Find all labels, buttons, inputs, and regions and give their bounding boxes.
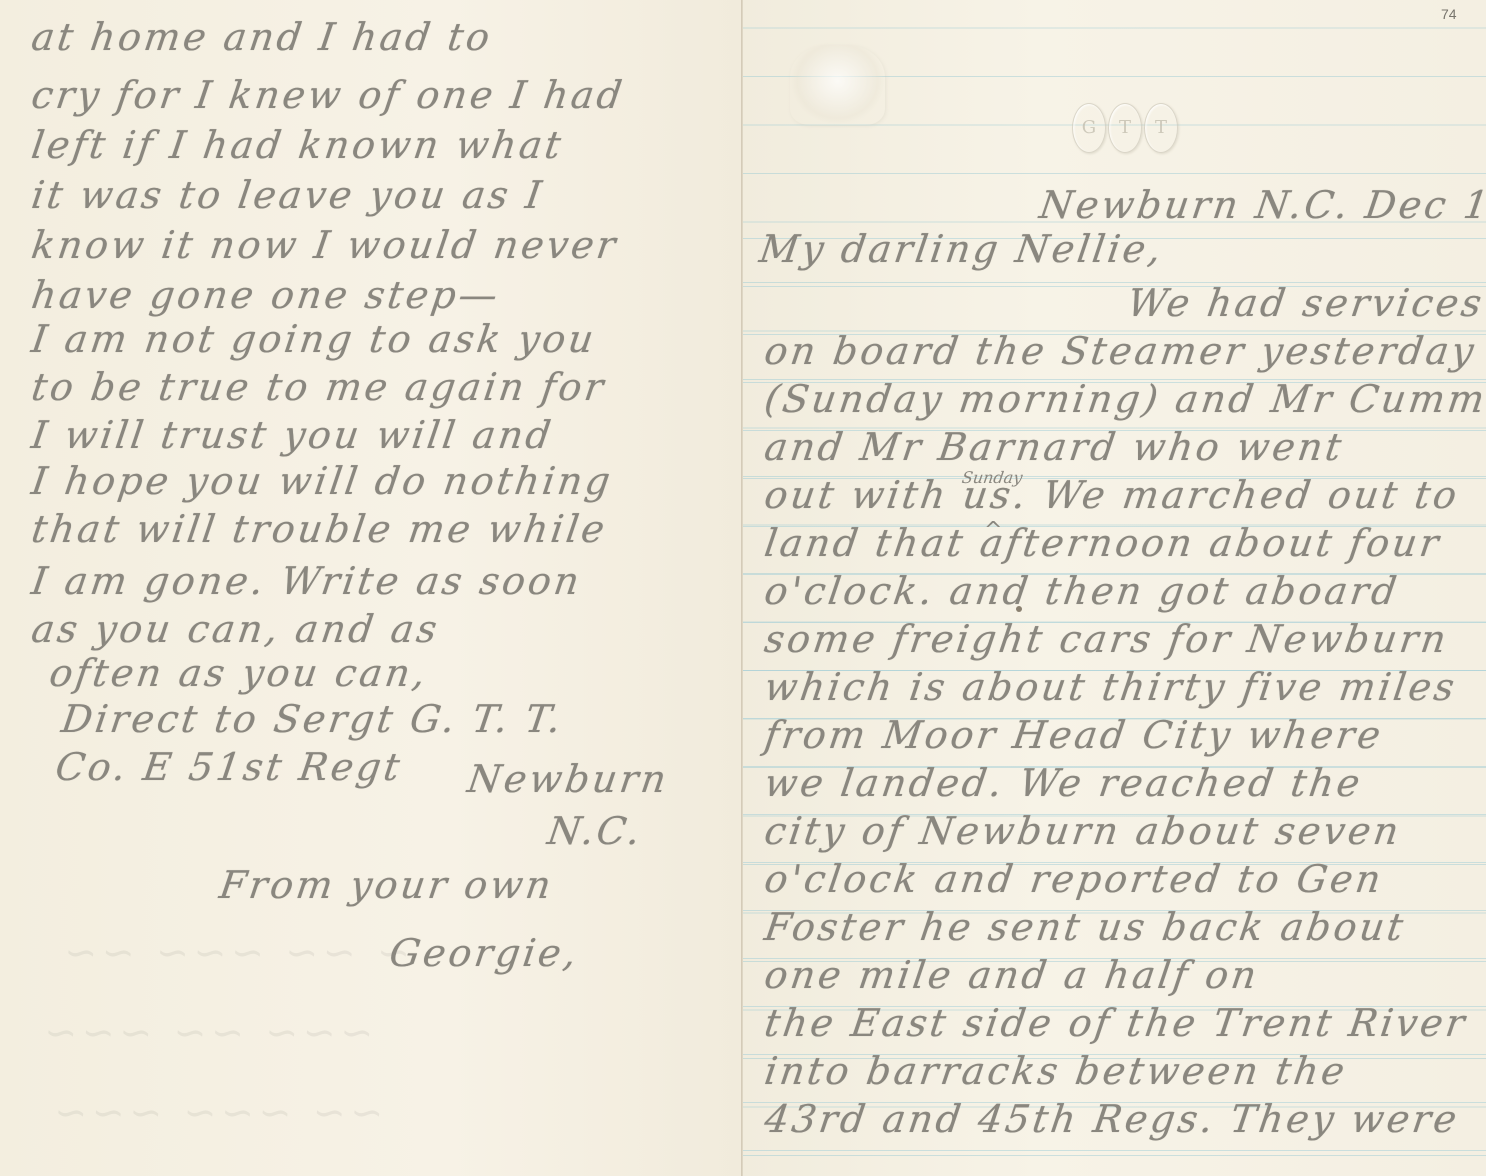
letter-spread: ~ ~~ ~~~ ~~ ~~~ ~~ ~~~ ~~ ~~~ ~~~ at hom… [0, 0, 1486, 1176]
letter-line: land that afternoon about four [762, 524, 1443, 562]
address-city: Newburn [465, 760, 671, 798]
signature: Georgie, [387, 934, 581, 972]
letter-line: 43rd and 45th Regs. They were [762, 1100, 1462, 1138]
address-line: Direct to Sergt G. T. T. [59, 700, 566, 738]
letter-line: I am not going to ask you [29, 320, 598, 358]
letter-line: out with us. We marched out to [762, 476, 1462, 514]
letter-line: we landed. We reached the [762, 764, 1365, 802]
letter-line: from Moor Head City where [762, 716, 1385, 754]
address-state: N.C. [545, 812, 645, 850]
bleed-through-text: ~ ~~ ~~~ ~~ [57, 930, 414, 976]
letter-line: Foster he sent us back about [762, 908, 1408, 946]
bleed-through-text: ~~ ~~~ ~~~ [47, 1090, 387, 1136]
letter-line: that will trouble me while [29, 510, 609, 548]
embossed-figure-icon [790, 45, 885, 125]
letter-line: left if I had known what [29, 126, 566, 164]
letter-line: city of Newburn about seven [762, 812, 1403, 850]
page-number: 74 [1441, 6, 1457, 22]
monogram-letter: G [1072, 103, 1106, 153]
letter-line: I will trust you will and [29, 416, 556, 454]
letter-line: which is about thirty five miles [762, 668, 1459, 706]
dateline: Newburn N.C. Dec 1st 1862 [1037, 186, 1486, 224]
letter-line: one mile and a half on [762, 956, 1261, 994]
left-page: ~ ~~ ~~~ ~~ ~~~ ~~ ~~~ ~~ ~~~ ~~~ at hom… [0, 0, 742, 1176]
letter-line: I hope you will do nothing [29, 462, 615, 500]
letter-line: o'clock and reported to Gen [762, 860, 1386, 898]
letter-line: know it now I would never [29, 226, 620, 264]
embossed-monogram-icon: G T T [1070, 85, 1180, 170]
letter-line: to be true to me again for [29, 368, 608, 406]
letter-line: We had services [1125, 284, 1486, 322]
letter-line: on board the Steamer yesterday [762, 332, 1479, 370]
monogram-letter: T [1144, 103, 1178, 153]
letter-line: at home and I had to [29, 18, 495, 56]
letter-line: as you can, and as [29, 610, 442, 648]
salutation: My darling Nellie, [757, 230, 1166, 268]
letter-line: cry for I knew of one I had [29, 76, 627, 114]
letter-line: into barracks between the [762, 1052, 1349, 1090]
bleed-through-text: ~~~ ~~ ~~~ [37, 1010, 377, 1056]
paper-spot [1016, 606, 1022, 612]
letter-line: have gone one step— [29, 276, 502, 314]
letter-line: o'clock. and then got aboard [762, 572, 1401, 610]
closing: From your own [217, 866, 556, 904]
letter-line: some freight cars for Newburn [762, 620, 1451, 658]
page-fold [741, 0, 743, 1176]
letter-line: it was to leave you as I [29, 176, 546, 214]
letter-line: often as you can, [47, 654, 430, 692]
letter-line: the East side of the Trent River [762, 1004, 1469, 1042]
letter-line: I am gone. Write as soon [29, 562, 584, 600]
letter-line: and Mr Barnard who went [762, 428, 1346, 466]
monogram-letter: T [1108, 103, 1142, 153]
address-line: Co. E 51st Regt [53, 748, 405, 786]
letter-line: (Sunday morning) and Mr Cummings [762, 380, 1486, 418]
